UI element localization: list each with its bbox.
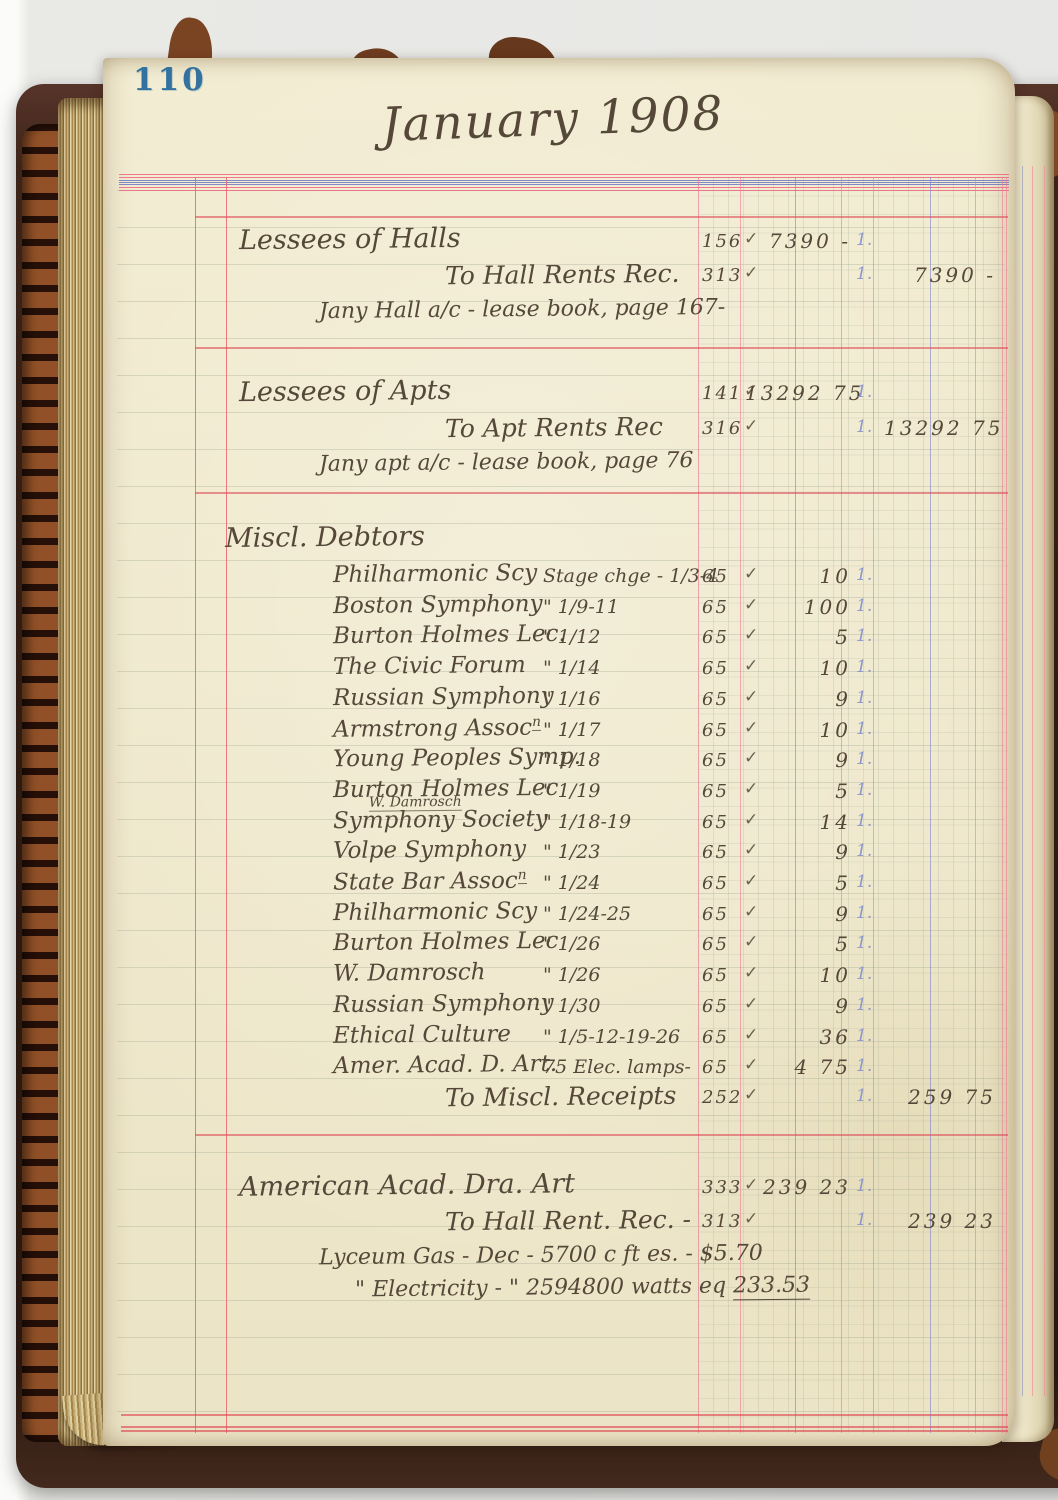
folio-number: 65 xyxy=(702,566,729,587)
ledger-row: To Hall Rent. Rec. -313✓1.239 23 xyxy=(103,1206,1015,1238)
folio-number: 65 xyxy=(702,658,729,679)
audit-tick-blue: 1. xyxy=(856,1210,872,1230)
credit-amount: 259 75 xyxy=(884,1085,996,1109)
ledger-row: " Electricity - " 2594800 watts eq 233.5… xyxy=(103,1273,1015,1305)
entry-detail: " 1/26 xyxy=(543,933,600,955)
folio-number: 65 xyxy=(702,720,729,741)
audit-tick-blue: 1. xyxy=(856,995,872,1015)
ledger-row: Russian Symphony" 1/1665✓91. xyxy=(103,684,1015,716)
entry-description: Volpe Symphony xyxy=(333,836,526,864)
audit-tick-blue: 1. xyxy=(856,230,872,250)
entry-description: Jany apt a/c - lease book, page 76 xyxy=(319,448,694,477)
folio-number: 252 xyxy=(702,1087,742,1108)
ledger-row: The Civic Forum" 1/1465✓101. xyxy=(103,653,1015,685)
folio-number: 65 xyxy=(702,627,729,648)
audit-tick-blue: 1. xyxy=(856,626,872,646)
debit-amount: 14 xyxy=(745,810,851,834)
footer-rule xyxy=(121,1414,1008,1416)
page-title: January 1908 xyxy=(342,85,764,155)
audit-tick-blue: 1. xyxy=(856,872,872,892)
credit-amount: 7390 - xyxy=(884,263,996,287)
debit-amount: 9 xyxy=(745,748,851,772)
audit-tick-blue: 1. xyxy=(856,657,872,677)
entry-description: Burton Holmes Lec xyxy=(333,928,559,956)
entry-separator-line xyxy=(195,216,1008,218)
header-rule-band xyxy=(119,187,1009,188)
ledger-row: W. DamroschSymphony Society" 1/18-1965✓1… xyxy=(103,807,1015,839)
header-rule-band xyxy=(119,184,1009,185)
entry-detail: 75 Elec. lamps- xyxy=(543,1056,691,1078)
entry-description: To Hall Rent. Rec. - xyxy=(445,1205,691,1237)
debit-amount: 10 xyxy=(745,963,851,987)
ledger-row: Ethical Culture" 1/5-12-19-2665✓361. xyxy=(103,1022,1015,1054)
ledger-row: Burton Holmes Lec" 1/2665✓51. xyxy=(103,929,1015,961)
entry-description: W. Damrosch xyxy=(333,959,486,987)
ledger-row: Boston Symphony" 1/9-1165✓1001. xyxy=(103,592,1015,624)
ledger-row: Amer. Acad. D. Art.75 Elec. lamps-65✓4 7… xyxy=(103,1052,1015,1084)
folio-number: 316 xyxy=(702,418,742,439)
entry-description: Philharmonic Scy xyxy=(333,560,537,588)
folio-number: 65 xyxy=(702,781,729,802)
ledger-row: Burton Holmes Lec" 1/1965✓51. xyxy=(103,776,1015,808)
debit-amount: 9 xyxy=(745,687,851,711)
folio-number: 65 xyxy=(702,996,729,1017)
audit-tick-blue: 1. xyxy=(856,1176,872,1196)
debit-amount: 5 xyxy=(745,779,851,803)
ledger-row: Jany Hall a/c - lease book, page 167- xyxy=(103,295,1015,327)
entry-detail: " 1/18-19 xyxy=(543,811,631,833)
audit-tick-blue: 1. xyxy=(856,1026,872,1046)
entry-description: Russian Symphony xyxy=(333,683,554,711)
folio-number: 141 xyxy=(702,383,742,404)
debit-amount: 9 xyxy=(745,840,851,864)
ledger-row: Lyceum Gas - Dec - 5700 c ft es. - $5.70 xyxy=(103,1241,1015,1273)
audit-tick-blue: 1. xyxy=(856,1056,872,1076)
ledger-row: Lessees of Apts141✓13292 751. xyxy=(103,378,1015,410)
ledger-row: Russian Symphony" 1/3065✓91. xyxy=(103,991,1015,1023)
posting-checkmark-icon: ✓ xyxy=(744,1209,758,1229)
ledger-row: Burton Holmes Lec." 1/1265✓51. xyxy=(103,622,1015,654)
photographed-ledger-book: 110 January 1908 Lessees of Halls156✓739… xyxy=(0,0,1058,1500)
folio-number: 65 xyxy=(702,812,729,833)
ledger-row: American Acad. Dra. Art333✓239 231. xyxy=(103,1172,1015,1204)
ledger-row: Philharmonic Scy" 1/24-2565✓91. xyxy=(103,899,1015,931)
posting-checkmark-icon: ✓ xyxy=(744,1085,758,1105)
audit-tick-blue: 1. xyxy=(856,811,872,831)
debit-amount: 5 xyxy=(745,932,851,956)
folio-number: 65 xyxy=(702,597,729,618)
folio-number: 65 xyxy=(702,904,729,925)
entry-detail: " 1/24 xyxy=(543,872,600,894)
entry-description: Ethical Culture xyxy=(333,1021,511,1049)
debit-amount: 239 23 xyxy=(745,1175,851,1199)
folio-number: 65 xyxy=(702,750,729,771)
audit-tick-blue: 1. xyxy=(856,933,872,953)
folio-number: 333 xyxy=(702,1177,742,1198)
audit-tick-blue: 1. xyxy=(856,1086,872,1106)
entry-description: Burton Holmes Lec. xyxy=(333,621,566,649)
folio-number: 65 xyxy=(702,873,729,894)
audit-tick-blue: 1. xyxy=(856,841,872,861)
ledger-row: Young Peoples Symp." 1/1865✓91. xyxy=(103,745,1015,777)
entry-description: Jany Hall a/c - lease book, page 167- xyxy=(319,295,725,324)
entry-detail: " 1/12 xyxy=(543,626,600,648)
header-rule-band xyxy=(119,190,1009,191)
entry-description: To Miscl. Receipts xyxy=(445,1081,677,1112)
footer-rule xyxy=(121,1430,1008,1432)
entry-description: The Civic Forum xyxy=(333,652,526,680)
debit-amount: 7390 - xyxy=(745,229,851,253)
entry-description: Russian Symphony xyxy=(333,990,554,1018)
entry-detail: " 1/18 xyxy=(543,749,600,771)
entry-description: " Electricity - " 2594800 watts eq 233.5… xyxy=(355,1273,810,1303)
entry-description: State Bar Assocn xyxy=(333,867,527,896)
entry-description: Amer. Acad. D. Art. xyxy=(333,1051,557,1079)
folio-number: 65 xyxy=(702,934,729,955)
entry-detail: " 1/16 xyxy=(543,688,600,710)
audit-tick-blue: 1. xyxy=(856,264,872,284)
debit-amount: 5 xyxy=(745,871,851,895)
folio-number: 156 xyxy=(702,231,742,252)
header-rule-band xyxy=(119,180,1009,181)
folio-number: 65 xyxy=(702,965,729,986)
folio-number: 65 xyxy=(702,1057,729,1078)
ledger-row: Lessees of Halls156✓7390 -1. xyxy=(103,226,1015,258)
audit-tick-blue: 1. xyxy=(856,565,872,585)
entry-description: Lessees of Halls xyxy=(239,223,461,256)
folio-number: 65 xyxy=(702,1027,729,1048)
inserted-annotation: W. Damrosch xyxy=(369,794,462,812)
debit-amount: 10 xyxy=(745,718,851,742)
folio-number: 313 xyxy=(702,1211,742,1232)
ledger-row: Jany apt a/c - lease book, page 76 xyxy=(103,448,1015,480)
credit-amount: 239 23 xyxy=(884,1209,996,1233)
debit-amount: 9 xyxy=(745,994,851,1018)
entry-detail: " 1/17 xyxy=(543,719,600,741)
debit-amount: 5 xyxy=(745,625,851,649)
debit-amount: 10 xyxy=(745,656,851,680)
ledger-row: To Miscl. Receipts252✓1.259 75 xyxy=(103,1082,1015,1114)
entry-detail: Stage chge - 1/3-4 xyxy=(543,565,718,587)
audit-tick-blue: 1. xyxy=(856,719,872,739)
ledger-row: Armstrong Assocn" 1/1765✓101. xyxy=(103,715,1015,747)
entry-description: Lessees of Apts xyxy=(239,375,452,408)
entry-description: To Hall Rents Rec. xyxy=(445,259,680,290)
audit-tick-blue: 1. xyxy=(856,382,872,402)
posting-checkmark-icon: ✓ xyxy=(744,416,758,436)
underlined-amount: 233.53 xyxy=(733,1273,810,1301)
entry-description: Armstrong Assocn xyxy=(333,714,541,743)
ledger-row: Volpe Symphony" 1/2365✓91. xyxy=(103,837,1015,869)
audit-tick-blue: 1. xyxy=(856,964,872,984)
audit-tick-blue: 1. xyxy=(856,596,872,616)
entry-detail: " 1/9-11 xyxy=(543,596,619,618)
entry-detail: " 1/5-12-19-26 xyxy=(543,1026,680,1048)
header-rule-band xyxy=(119,177,1009,178)
entry-detail: " 1/19 xyxy=(543,780,600,802)
debit-amount: 13292 75 xyxy=(745,381,851,405)
credit-amount: 13292 75 xyxy=(884,416,996,440)
debit-amount: 36 xyxy=(745,1025,851,1049)
entry-detail: " 1/14 xyxy=(543,657,600,679)
debit-amount: 100 xyxy=(745,595,851,619)
folio-number: 65 xyxy=(702,842,729,863)
debit-amount: 10 xyxy=(745,564,851,588)
header-rule-band xyxy=(119,174,1009,175)
entry-description: Boston Symphony xyxy=(333,591,543,619)
entry-description: W. DamroschSymphony Society xyxy=(333,806,548,834)
entry-detail: " 1/24-25 xyxy=(543,903,631,925)
entry-description: To Apt Rents Rec xyxy=(445,412,663,443)
footer-rule xyxy=(121,1426,1008,1428)
page-number: 110 xyxy=(133,62,207,98)
ledger-row: Philharmonic ScyStage chge - 1/3-465✓101… xyxy=(103,561,1015,593)
header-rule-band xyxy=(119,182,1009,183)
ledger-row: To Hall Rents Rec.313✓1.7390 - xyxy=(103,260,1015,292)
audit-tick-blue: 1. xyxy=(856,688,872,708)
entry-description: Miscl. Debtors xyxy=(225,521,425,554)
ledger-row: W. Damrosch" 1/2665✓101. xyxy=(103,960,1015,992)
posting-checkmark-icon: ✓ xyxy=(744,263,758,283)
entry-detail: " 1/30 xyxy=(543,995,600,1017)
entry-detail: " 1/26 xyxy=(543,964,600,986)
audit-tick-blue: 1. xyxy=(856,749,872,769)
entry-detail: " 1/23 xyxy=(543,841,600,863)
audit-tick-blue: 1. xyxy=(856,780,872,800)
superscript-abbreviation: n xyxy=(532,714,541,731)
audit-tick-blue: 1. xyxy=(856,903,872,923)
debit-amount: 9 xyxy=(745,902,851,926)
ledger-row: State Bar Assocn" 1/2465✓51. xyxy=(103,868,1015,900)
folio-number: 313 xyxy=(702,265,742,286)
audit-tick-blue: 1. xyxy=(856,417,872,437)
entry-separator-line xyxy=(195,1134,1008,1136)
folio-number: 65 xyxy=(702,689,729,710)
superscript-abbreviation: n xyxy=(518,867,527,884)
entry-separator-line xyxy=(195,347,1008,349)
entry-description: Lyceum Gas - Dec - 5700 c ft es. - $5.70 xyxy=(319,1241,763,1271)
ledger-row: To Apt Rents Rec316✓1.13292 75 xyxy=(103,413,1015,445)
ledger-page: 110 January 1908 Lessees of Halls156✓739… xyxy=(103,58,1015,1446)
entry-description: Philharmonic Scy xyxy=(333,898,537,926)
entry-separator-line xyxy=(195,492,1008,494)
debit-amount: 4 75 xyxy=(745,1055,851,1079)
entry-description: American Acad. Dra. Art xyxy=(239,1168,575,1203)
ledger-row: Miscl. Debtors xyxy=(103,524,1015,556)
